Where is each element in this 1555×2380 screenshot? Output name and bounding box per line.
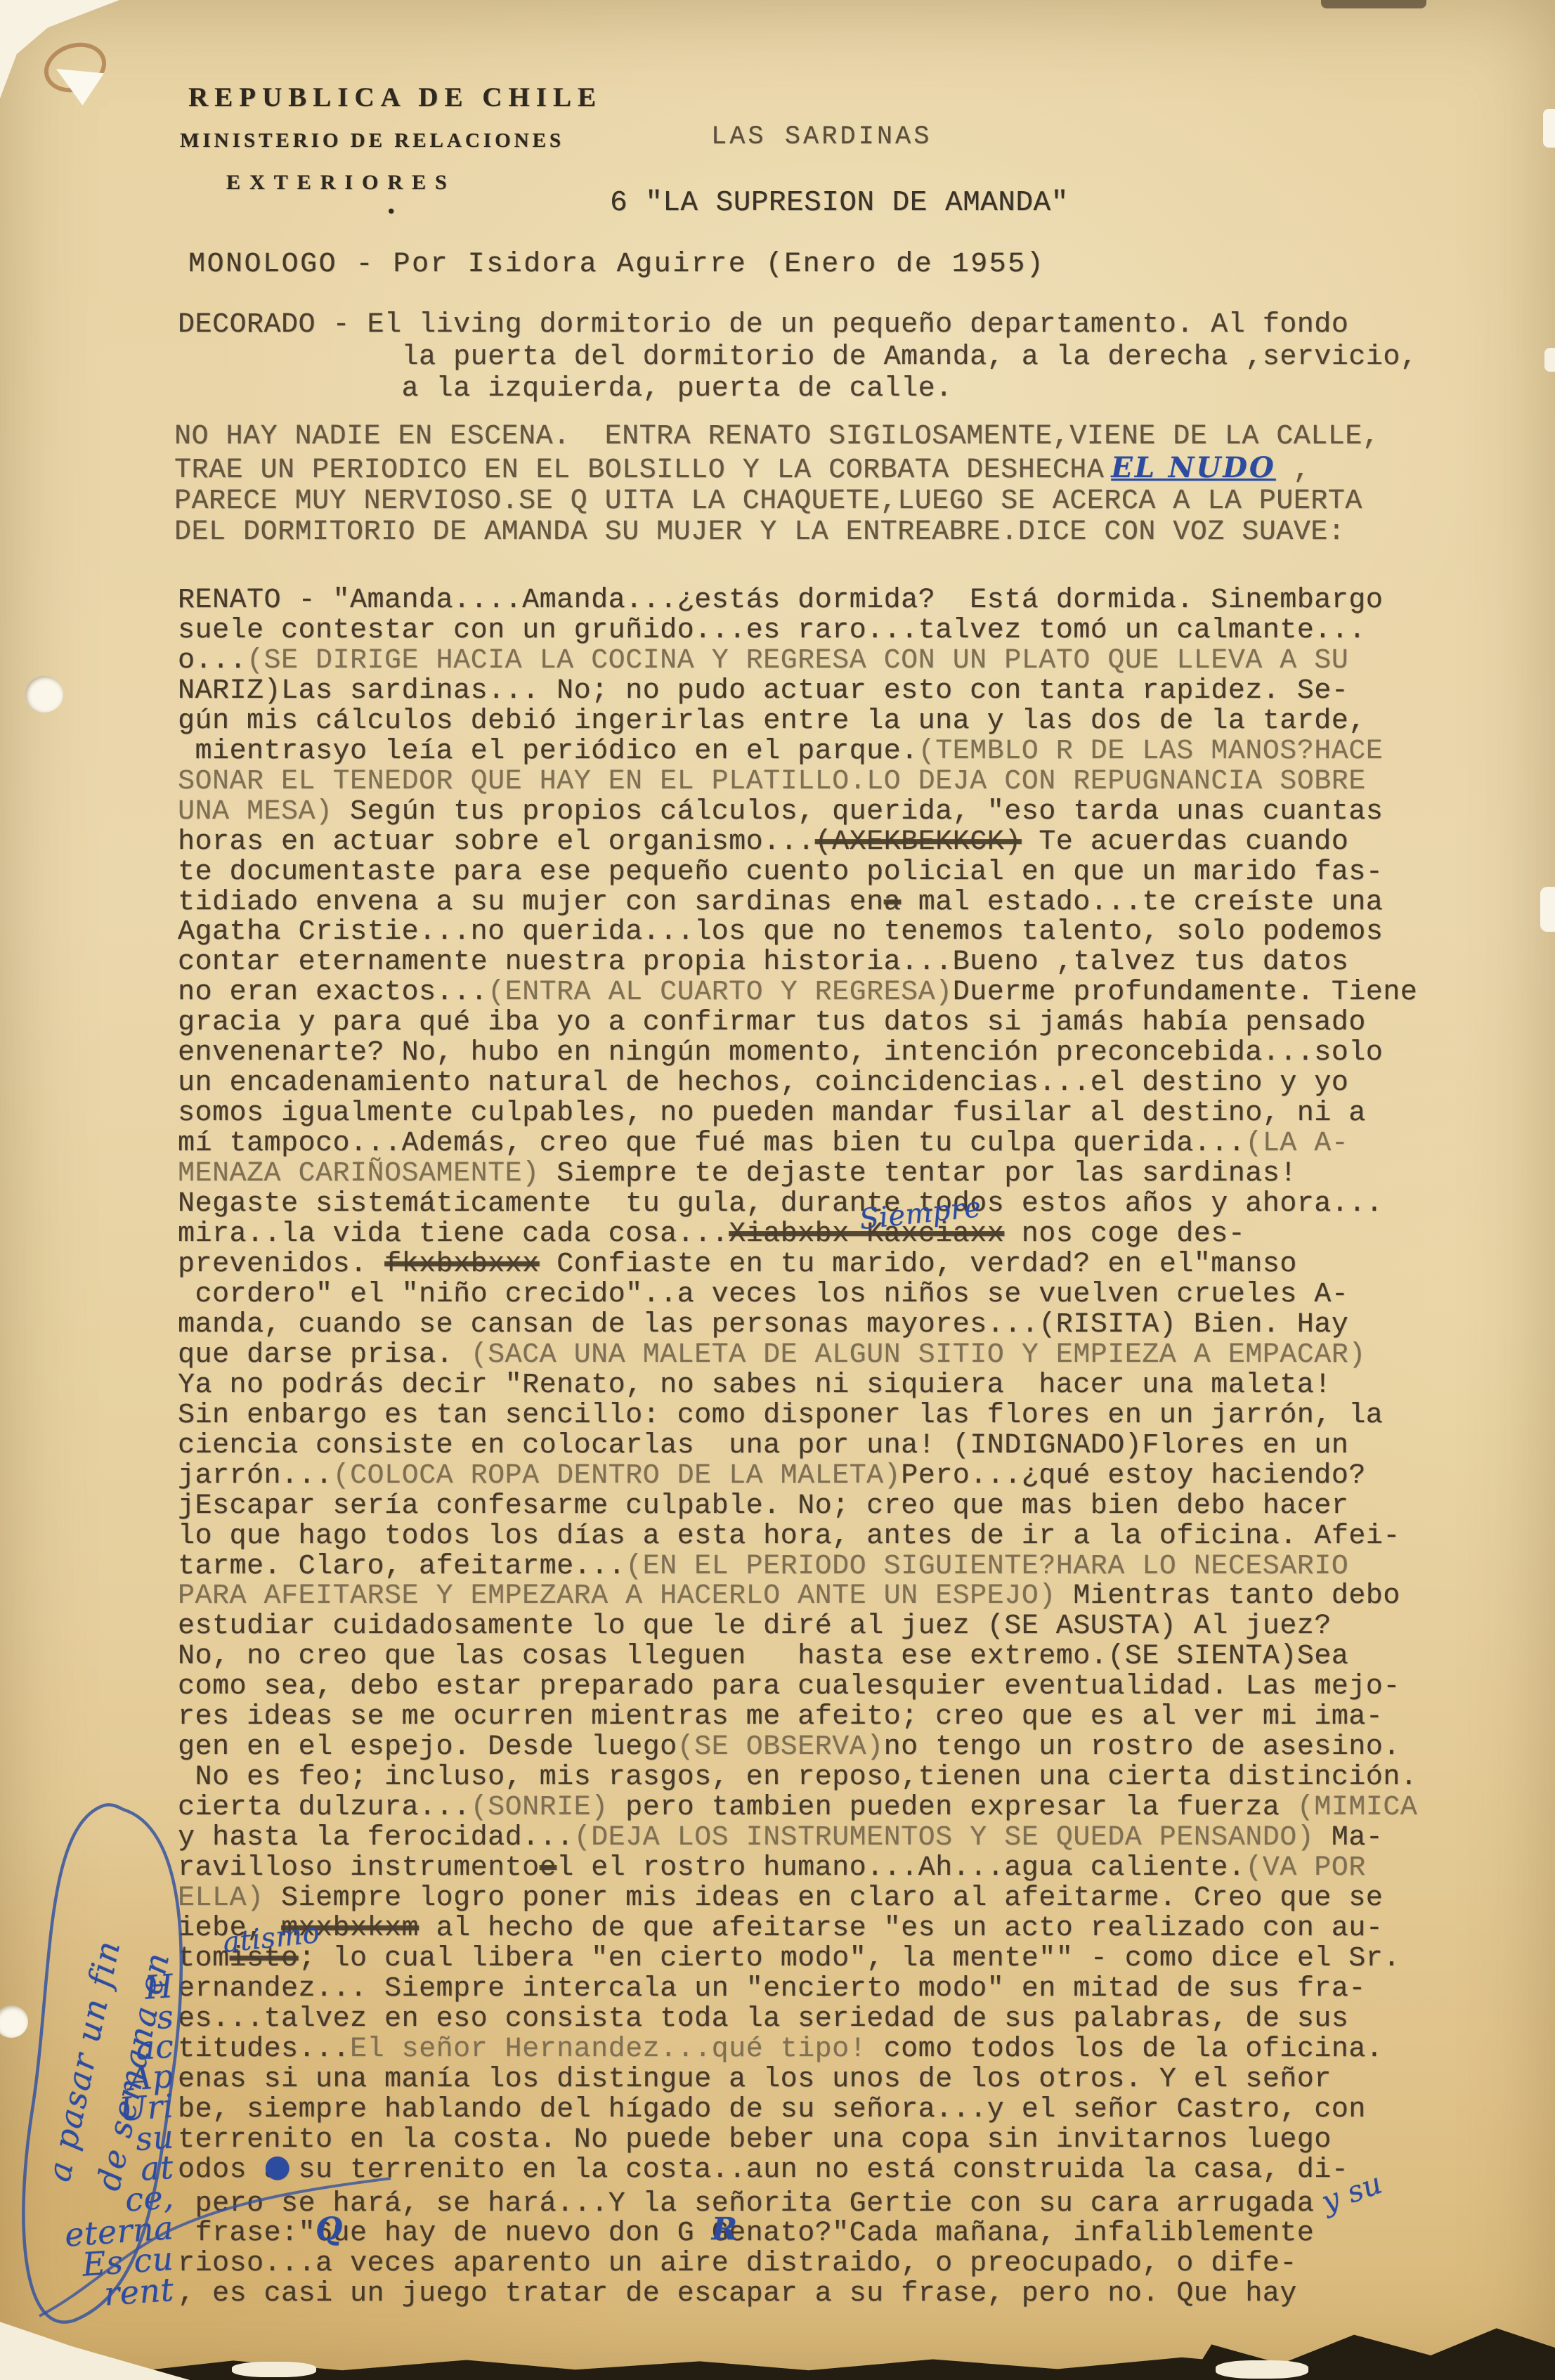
typed-line: como sea, debo estar preparado para cual… (178, 1672, 1417, 1703)
typed-line: TRAE UN PERIODICO EN EL BOLSILLO Y LA CO… (174, 453, 1379, 486)
handwritten-note: EL NUDO (1104, 451, 1276, 484)
typed-text: al hecho de que afeitarse "es un acto re… (419, 1913, 1383, 1944)
typed-text: jarrón... (178, 1460, 333, 1492)
typed-text: gún mis cálculos debió ingerirlas entre … (178, 705, 1366, 737)
typed-text: (SACA UNA MALETA DE ALGUN SITIO Y EMPIEZ… (471, 1339, 1366, 1371)
struck-out-text: a (884, 887, 902, 918)
top-edge-smudge (1321, 0, 1426, 8)
typed-text: frase:" (178, 2218, 315, 2249)
typed-text: MENAZA CARIÑOSAMENTE) (178, 1158, 540, 1190)
typed-line: NARIZ)Las sardinas... No; no pudo actuar… (178, 677, 1417, 707)
typed-line: jarrón...(COLOCA ROPA DENTRO DE LA MALET… (178, 1462, 1417, 1492)
typed-text: no tengo un rostro de asesino. (884, 1731, 1400, 1763)
typed-line: envenenarte? No, hubo en ningún momento,… (178, 1039, 1417, 1069)
typed-text: Según tus propios cálculos, querida, "es… (333, 796, 1384, 828)
typed-line: y hasta la ferocidad...(DEJA LOS INSTRUM… (178, 1823, 1417, 1854)
typed-line: Agatha Cristie...no querida...los que no… (178, 918, 1417, 948)
typed-line: atodos a● su terrenito en la costa..aun … (178, 2156, 1417, 2186)
handwritten-correction: ● (264, 2152, 292, 2182)
typed-text: prevenidos. (178, 1249, 384, 1280)
typed-line: lo que hago todos los días a esta hora, … (178, 1522, 1417, 1552)
monologue-block: RENATO - "Amanda....Amanda...¿estás dorm… (178, 586, 1417, 2310)
punch-hole-left (25, 676, 63, 713)
typed-text: res ideas se me ocurren mientras me afei… (178, 1701, 1383, 1733)
typed-text: odos (178, 2154, 264, 2186)
typed-line: suele contestar con un gruñido...es raro… (178, 616, 1417, 646)
typed-text: contar eternamente nuestra propia histor… (178, 947, 1348, 978)
handwritten-correction: Q (315, 2215, 343, 2245)
typed-text: Confiaste en tu marido, verdad? en el"ma… (540, 1249, 1297, 1280)
letterhead-ministry: MINISTERIO DE RELACIONES (180, 129, 564, 152)
typed-line: ses...talvez en eso consista toda la ser… (178, 2005, 1417, 2035)
typed-text: Ma- (1314, 1822, 1383, 1854)
typed-text: enato?"Cada mañana, infaliblemente (729, 2218, 1314, 2249)
typed-text: DECORADO - El living dormitorio de un pe… (178, 309, 1348, 341)
typed-text: Pero...¿qué estoy haciendo? (901, 1460, 1366, 1492)
handwritten-correction: R (712, 2215, 738, 2245)
typed-text: (VA POR (1245, 1852, 1366, 1884)
typed-text: a la izquierda, puerta de calle. (178, 373, 953, 405)
typed-text: Agatha Cristie...no querida...los que no… (178, 916, 1383, 948)
typed-text: rioso...a veces aparento un aire distrai… (178, 2248, 1297, 2280)
typed-line: RENATO - "Amanda....Amanda...¿estás dorm… (178, 586, 1417, 616)
typed-text: Te acuerdas cuando (1022, 826, 1349, 858)
typed-line: la puerta del dormitorio de Amanda, a la… (178, 342, 1417, 374)
typed-line: ciencia consiste en colocarlas una por u… (178, 1431, 1417, 1462)
typed-line: eterna frase:"6Que hay de nuevo don G GR… (178, 2219, 1417, 2249)
typed-text: no eran exactos... (178, 977, 488, 1008)
typed-text: SONAR EL TENEDOR QUE HAY EN EL PLATILLO.… (178, 766, 1366, 798)
typed-text: ; lo cual libera "en cierto modo", la me… (299, 1943, 1400, 1975)
typed-text: (SE DIRIGE HACIA LA COCINA Y REGRESA CON… (247, 645, 1348, 677)
typed-line: NO HAY NADIE EN ESCENA. ENTRA RENATO SIG… (174, 422, 1379, 453)
typed-text: su terrenito en la costa..aun no está co… (281, 2154, 1348, 2186)
typed-text: y hasta la ferocidad... (178, 1822, 574, 1854)
typed-line: Sin enbargo es tan sencillo: como dispon… (178, 1401, 1417, 1431)
series-title: LAS SARDINAS (711, 122, 932, 152)
typed-line: PARA AFEITARSE Y EMPEZARA A HACERLO ANTE… (178, 1582, 1417, 1612)
typed-text: es...talvez en eso consista toda la seri… (178, 2003, 1348, 2035)
typed-text: , (1276, 455, 1310, 486)
typed-text: jEscapar sería confesarme culpable. No; … (178, 1490, 1348, 1522)
typed-text: RENATO - "Amanda....Amanda...¿estás dorm… (178, 585, 1383, 616)
typed-line: a la izquierda, puerta de calle. (178, 373, 1417, 405)
typed-line: No es feo; incluso, mis rasgos, en repos… (178, 1763, 1417, 1793)
bottom-torn-white-bit-1 (232, 2362, 316, 2377)
typed-line: suterrenito en la costa. No puede beber … (178, 2126, 1417, 2156)
typed-line: manda, cuando se cansan de las personas … (178, 1311, 1417, 1341)
typed-text: terrenito en la costa. No puede beber un… (178, 2124, 1332, 2156)
typed-text: DEL DORMITORIO DE AMANDA SU MUJER Y LA E… (174, 516, 1345, 548)
struck-out-text: Xiabxbx (729, 1218, 866, 1250)
typed-line: tidiado envena a su mujer con sardinas e… (178, 888, 1417, 918)
typed-text: (EN EL PERIODO SIGUIENTE?HARA LO NECESAR… (625, 1551, 1348, 1582)
typed-line: mira..la vida tiene cada cosa...Xiabxbx … (178, 1220, 1417, 1250)
typed-line: te documentaste para ese pequeño cuento … (178, 858, 1417, 888)
stage-setting-block: DECORADO - El living dormitorio de un pe… (178, 309, 1417, 405)
typed-text: mal estado...te creíste una (901, 887, 1383, 918)
typed-line: o...(SE DIRIGE HACIA LA COCINA Y REGRESA… (178, 646, 1417, 677)
typed-line: gún mis cálculos debió ingerirlas entre … (178, 707, 1417, 737)
typed-line: mientrasyo leía el periódico en el parqu… (178, 737, 1417, 767)
typed-line: Apenas si una manía los distingue a los … (178, 2065, 1417, 2095)
typed-line: jEscapar sería confesarme culpable. No; … (178, 1492, 1417, 1522)
typed-line: SONAR EL TENEDOR QUE HAY EN EL PLATILLO.… (178, 767, 1417, 798)
typed-text: El señor Hernandez...qué tipo! (350, 2034, 866, 2065)
typed-line: mí tampoco...Además, creo que fué mas bi… (178, 1129, 1417, 1159)
typed-line: un encadenamiento natural de hechos, coi… (178, 1069, 1417, 1099)
typed-text: cierta dulzura... (178, 1792, 471, 1823)
typed-text: estudiar cuidadosamente lo que le diré a… (178, 1611, 1332, 1642)
typed-line: horas en actuar sobre el organismo...(AX… (178, 828, 1417, 858)
typed-line: res ideas se me ocurren mientras me afei… (178, 1703, 1417, 1733)
typed-text: Siempre logro poner mis ideas en claro a… (264, 1882, 1384, 1914)
typed-line: gracia y para qué iba yo a confirmar tus… (178, 1008, 1417, 1039)
torn-notch-right-3 (1540, 887, 1555, 932)
typed-line: MENAZA CARIÑOSAMENTE) Siempre te dejaste… (178, 1159, 1417, 1190)
typed-line: somos igualmente culpables, no pueden ma… (178, 1099, 1417, 1129)
typed-text: manda, cuando se cansan de las personas … (178, 1309, 1348, 1341)
typed-line: tomistoatismo; lo cual libera "en cierto… (178, 1944, 1417, 1975)
typed-text: ernandez... Siempre intercala un "encier… (178, 1973, 1366, 2005)
typed-line: estudiar cuidadosamente lo que le diré a… (178, 1612, 1417, 1642)
typed-line: DEL DORMITORIO DE AMANDA SU MUJER Y LA E… (174, 517, 1379, 548)
typed-text: PARA AFEITARSE Y EMPEZARA A HACERLO ANTE… (178, 1580, 1056, 1612)
struck-out-text: (AXEKBEKKCK) (815, 826, 1022, 858)
typed-text: te documentaste para ese pequeño cuento … (178, 857, 1383, 888)
typed-line: gen en el espejo. Desde luego(SE OBSERVA… (178, 1733, 1417, 1763)
typed-text: la puerta del dormitorio de Amanda, a la… (178, 342, 1417, 373)
work-title: 6 "LA SUPRESION DE AMANDA" (610, 187, 1069, 219)
typed-line: que darse prisa. (SACA UNA MALETA DE ALG… (178, 1341, 1417, 1371)
typed-text: , es casi un juego tratar de escapar a s… (178, 2278, 1297, 2310)
typed-line: actitudes...El señor Hernandez...qué tip… (178, 2035, 1417, 2065)
typed-text: como sea, debo estar preparado para cual… (178, 1671, 1400, 1703)
typed-line: prevenidos. fkxbxbxxx Confiaste en tu ma… (178, 1250, 1417, 1280)
typed-text: mira..la vida tiene cada cosa... (178, 1218, 729, 1250)
typed-text: como todos los de la oficina. (866, 2034, 1383, 2065)
typed-line: ce, pero se hará, se hará...Y la señorit… (178, 2186, 1417, 2220)
typed-line: iebe, mxxbxkxm al hecho de que afeitarse… (178, 1914, 1417, 1944)
typed-text: somos igualmente culpables, no pueden ma… (178, 1098, 1366, 1129)
typed-text: mí tampoco...Además, creo que fué mas bi… (178, 1128, 1245, 1159)
bottom-torn-white-bit-2 (1216, 2360, 1308, 2379)
typed-text: Mientras tanto debo (1056, 1580, 1400, 1612)
typed-text: Siempre te dejaste tentar por las sardin… (540, 1158, 1297, 1190)
typed-line: tarme. Claro, afeitarme...(EN EL PERIODO… (178, 1552, 1417, 1582)
typed-text: lo que hago todos los días a esta hora, … (178, 1521, 1400, 1552)
typed-text: pero se hará, se hará...Y la señorita Ge… (178, 2188, 1314, 2220)
typed-line: Hernandez... Siempre intercala un "encie… (178, 1975, 1417, 2005)
typed-text: ue hay de nuevo don G (333, 2218, 712, 2249)
typed-text: PARECE MUY NERVIOSO.SE Q UITA LA CHAQUET… (174, 486, 1362, 517)
typed-text: tidiado envena a su mujer con sardinas e… (178, 887, 884, 918)
typed-text: un encadenamiento natural de hechos, coi… (178, 1067, 1348, 1099)
letterhead-bullet: • (388, 201, 394, 222)
typed-text: (COLOCA ROPA DENTRO DE LA MALETA) (333, 1460, 902, 1492)
typed-text: NO HAY NADIE EN ESCENA. ENTRA RENATO SIG… (174, 421, 1379, 453)
typed-line: cierta dulzura...(SONRIE) pero tambien p… (178, 1793, 1417, 1823)
typed-text: titudes... (178, 2034, 350, 2065)
typed-text: (MIMICA (1297, 1792, 1418, 1823)
typed-text: nos coge des- (1004, 1218, 1245, 1250)
typed-line: DECORADO - El living dormitorio de un pe… (178, 309, 1417, 342)
typed-line: ELLA) Siempre logro poner mis ideas en c… (178, 1884, 1417, 1914)
typed-text: l el rostro humano...Ah...agua caliente. (557, 1852, 1245, 1884)
typed-line: Ya no podrás decir "Renato, no sabes ni … (178, 1371, 1417, 1401)
punch-hole-left-lower (0, 2005, 28, 2038)
typed-text: envenenarte? No, hubo en ningún momento,… (178, 1037, 1383, 1069)
typed-text: NARIZ)Las sardinas... No; no pudo actuar… (178, 675, 1348, 707)
typed-text: (LA A- (1245, 1128, 1348, 1159)
typed-text: pero tambien pueden expresar la fuerza (609, 1792, 1297, 1823)
letterhead-exteriores: EXTERIORES (226, 171, 456, 195)
typed-text: ravilloso instrumento (178, 1852, 540, 1884)
typed-line: no eran exactos...(ENTRA AL CUARTO Y REG… (178, 978, 1417, 1008)
typed-line: No, no creo que las cosas lleguen hasta … (178, 1642, 1417, 1672)
typed-text: que darse prisa. (178, 1339, 471, 1371)
typed-text: (DEJA LOS INSTRUMENTOS Y SE QUEDA PENSAN… (574, 1822, 1315, 1854)
typed-text: suele contestar con un gruñido...es raro… (178, 615, 1366, 646)
typed-text: Negaste sistemáticamente tu gula, durant… (178, 1188, 1383, 1220)
typed-text: Sin enbargo es tan sencillo: como dispon… (178, 1400, 1383, 1431)
typed-text: Ya no podrás decir "Renato, no sabes ni … (178, 1370, 1332, 1401)
typed-text: mientrasyo leía el periódico en el parqu… (178, 736, 918, 767)
typed-text: tarme. Claro, afeitarme... (178, 1551, 625, 1582)
typed-text: gen en el espejo. Desde luego (178, 1731, 677, 1763)
typed-text: No, no creo que las cosas lleguen hasta … (178, 1641, 1348, 1672)
typed-line: contar eternamente nuestra propia histor… (178, 948, 1417, 978)
struck-out-text: e (540, 1852, 557, 1884)
typed-text: No es feo; incluso, mis rasgos, en repos… (178, 1762, 1417, 1793)
typed-text: TRAE UN PERIODICO EN EL BOLSILLO Y LA CO… (174, 455, 1104, 486)
typed-text: (ENTRA AL CUARTO Y REGRESA) (488, 977, 953, 1008)
typed-line: rent, es casi un juego tratar de escapar… (178, 2280, 1417, 2310)
typed-line: Uribe, siempre hablando del hígado de su… (178, 2095, 1417, 2126)
typed-line: ravilloso instrumentoel el rostro humano… (178, 1854, 1417, 1884)
typed-text: enas si una manía los distingue a los un… (178, 2064, 1332, 2095)
typed-text: (SONRIE) (471, 1792, 609, 1823)
document-page: REPUBLICA DE CHILE MINISTERIO DE RELACIO… (0, 0, 1555, 2380)
typed-text: gracia y para qué iba yo a confirmar tus… (178, 1007, 1366, 1039)
typed-line: Es curioso...a veces aparento un aire di… (178, 2249, 1417, 2280)
typed-text: ciencia consiste en colocarlas una por u… (178, 1430, 1348, 1462)
torn-notch-right-1 (1543, 109, 1555, 148)
typed-line: UNA MESA) Según tus propios cálculos, qu… (178, 798, 1417, 828)
typed-text: (TEMBLO R DE LAS MANOS?HACE (918, 736, 1384, 767)
torn-notch-right-2 (1544, 348, 1555, 372)
letterhead-country: REPUBLICA DE CHILE (188, 82, 602, 113)
typed-text: UNA MESA) (178, 796, 333, 828)
typed-line: Negaste sistemáticamente tu gula, durant… (178, 1190, 1417, 1220)
struck-out-text: fkxbxbxxx (384, 1249, 540, 1280)
typed-text: Duerme profundamente. Tiene (953, 977, 1418, 1008)
typed-text: (SE OBSERVA) (677, 1731, 884, 1763)
typed-text: cordero" el "niño crecido"..a veces los … (178, 1279, 1348, 1311)
typed-text: tom (178, 1943, 230, 1975)
typed-line: cordero" el "niño crecido"..a veces los … (178, 1280, 1417, 1311)
typed-text: o... (178, 645, 247, 677)
scene-direction-block: NO HAY NADIE EN ESCENA. ENTRA RENATO SIG… (174, 422, 1379, 548)
byline: MONOLOGO - Por Isidora Aguirre (Enero de… (188, 249, 1045, 280)
typed-text: be, siempre hablando del hígado de su se… (178, 2094, 1366, 2126)
typed-line: PARECE MUY NERVIOSO.SE Q UITA LA CHAQUET… (174, 486, 1379, 517)
typed-text: horas en actuar sobre el organismo... (178, 826, 815, 858)
